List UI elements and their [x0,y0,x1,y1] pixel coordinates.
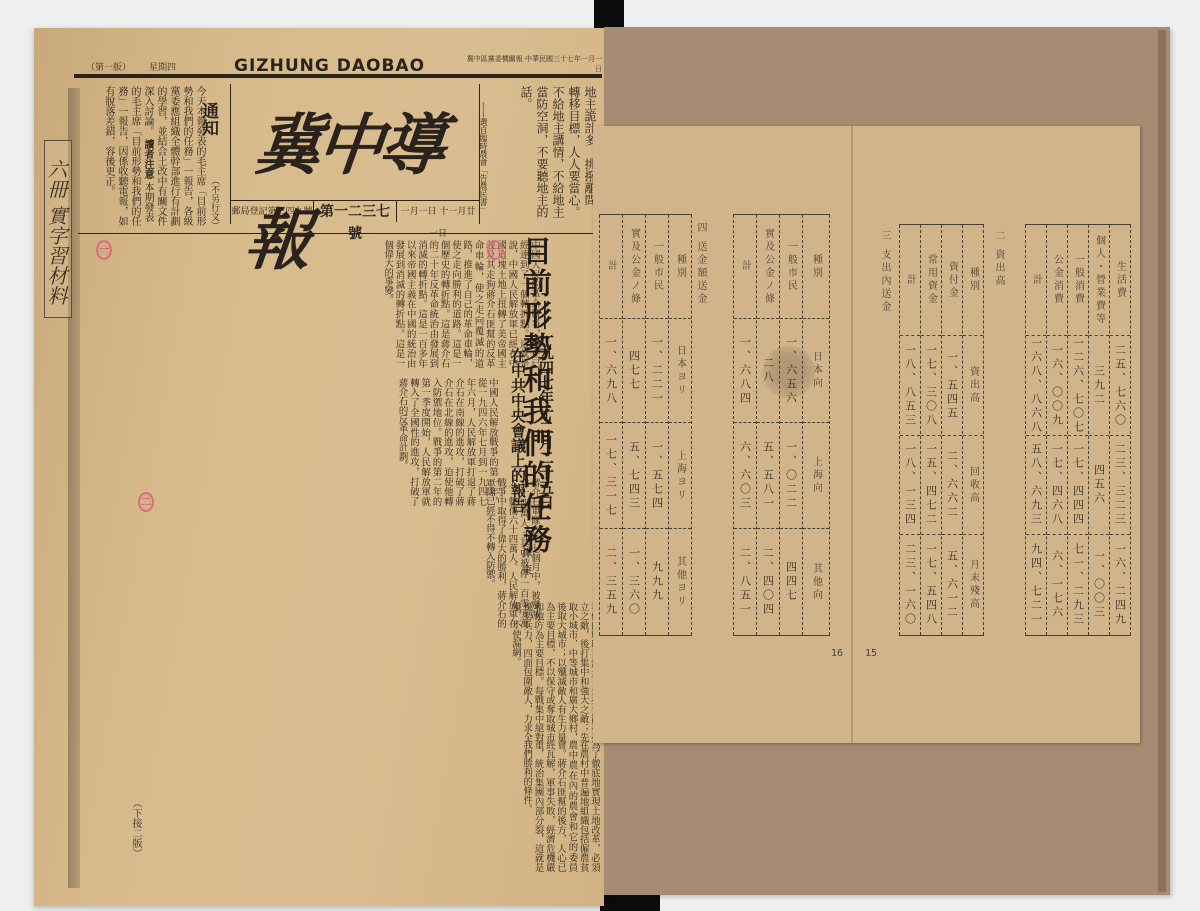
table-cell: 二、八五一 [734,529,756,635]
article-body-1: 中國人民的革命戰爭，現在已經達到了一個轉折點。這就是說，中國人民解放軍已經在中國… [80,240,540,368]
table-cell: 四七七 [623,319,645,423]
table-cell: 一七、三一七 [600,423,622,529]
table-cell: 五八、六九三 [1026,436,1046,536]
table-cell: 一、〇〇三 [1089,535,1109,635]
table-15a: 生活費 二五、七六〇 二三、三二三 一六、二四九 個人・營業費等 三九二 四五六… [1025,224,1131,636]
table-cell: 二三、三二三 [1110,436,1130,536]
mid-rule [78,233,602,234]
table-cell: 一六、〇〇九 [1047,336,1067,436]
table-cell: 六、一七六 [1047,535,1067,635]
table-cell: 三九二 [1089,336,1109,436]
row-label: 上海向 [803,423,829,529]
header-cell: 種別 [803,215,829,319]
binder-strip-top [594,0,624,30]
table-15a-col-2: 一般消費 一二六、七〇七 一七、四四四 七一、二九三 [1067,225,1088,635]
header-cell: 計 [900,225,920,336]
top-rule [74,74,602,78]
issue-date: 一月一日 十一月廿一日 [397,201,479,222]
masthead-box: 冀中導報 郵局登記第三四九號 第一二三七號 一月一日 十一月廿一日 [230,84,480,224]
table-cell: 一七、五四八 [921,535,941,635]
table-15b-col-total: 計 一八、八五三 一八、一三四 二三、一六〇 [899,225,920,635]
header-cell: 資付金 [942,225,962,336]
table-cell: 五、六一二 [942,535,962,635]
table-cell: 一七、四六八 [1047,436,1067,536]
section-mark-2: 一 [487,240,503,260]
table-cell: 一二六、七〇七 [1068,336,1088,436]
article-author: 毛澤東 [518,530,534,581]
table-16b-col-public: 實及公金ノ條 四七七 五、七四三 一、三六〇 [622,215,645,635]
table-16a-col-citizens: 一般市民 一、六五六 一、〇二二 四四七 [779,215,802,635]
table-15b: 種別 資出高 回收高 月末殘高 資付金 一、五四五 二、六六二 五、六一二 常用… [899,224,984,636]
table-16b-caption: 四 送金額送金 [693,222,708,306]
header-cell: 生活費 [1110,225,1130,336]
issue-line: 郵局登記第三四九號 第一二三七號 一月一日 十一月廿一日 [231,200,479,222]
row-label: 其他ヨリ [669,529,691,635]
header-cell: 實及公金ノ條 [623,215,645,319]
table-16a-col-public: 實及公金ノ條 二八 五、五八一 二、四〇四 [756,215,779,635]
table-cell: 二三、一六〇 [900,535,920,635]
table-cell: 九九九 [646,529,668,635]
header-cell: 計 [734,215,756,319]
table-cell: 二、四〇四 [757,529,779,635]
publisher-info: 冀中區黨委機關報 中華民國三十七年一月一日 [466,54,602,74]
table-cell: 一、六九八 [600,319,622,423]
row-label: 資出高 [963,336,983,436]
table-cell: 一、二二一 [646,319,668,423]
table-cell: 一七、四四四 [1068,436,1088,536]
table-cell: 一五、四七二 [921,436,941,536]
table-16a: 種別 日本向 上海向 其他向 一般市民 一、六五六 一、〇二二 四四七 實及公金… [733,214,830,636]
table-cell: 四四七 [780,529,802,635]
article-body-4: 我們的戰略方針是：先打分散和孤立之敵，後打集中和強大之敵；先取小城市、中等城市和… [80,602,600,742]
table-cell: 一、〇二二 [780,423,802,529]
table-15a-col-3: 公金消費 一六、〇〇九 一七、四六八 六、一七六 [1046,225,1067,635]
table-15b-col-loans: 資付金 一、五四五 二、六六二 五、六一二 [941,225,962,635]
row-label: 其他向 [803,529,829,635]
table-15b-caption: 三 支出內送金 [877,230,892,314]
board-edge [1158,30,1166,892]
table-cell: 二八 [757,319,779,423]
header-cell: 一般市民 [780,215,802,319]
table-cell: 九四、七二一 [1026,535,1046,635]
section-mark-1: 一 [96,240,112,260]
table-cell: 一、六八四 [734,319,756,423]
table-15a-caption: 二 資出高 [991,230,1006,288]
table-cell: 一、六五六 [780,319,802,423]
table-cell: 五、五八一 [757,423,779,529]
day-label: 星期四 [149,60,176,73]
header-cell: 種別 [669,215,691,319]
notice-body: 今天本報發表的毛主席「目前形勢和我們的任務」一報告，各級黨委應組織全體幹部進行有… [86,86,206,226]
table-cell: 四五六 [1089,436,1109,536]
pasted-booklet: 種別 日本向 上海向 其他向 一般市民 一、六五六 一、〇二二 四四七 實及公金… [593,126,1140,743]
table-cell: 一、五四五 [942,336,962,436]
header-cell: 實及公金ノ條 [757,215,779,319]
table-cell: 二、三五九 [600,529,622,635]
table-15b-col-funds: 常用資金 一七、三〇八 一五、四七二 一七、五四八 [920,225,941,635]
table-16b-col-citizens: 一般市民 一、二二一 一、五七四 九九九 [645,215,668,635]
continued-note: （下接二版） [128,798,143,858]
booklet-fold [851,126,853,743]
row-label: 日本ヨリ [669,319,691,423]
table-cell: 一六八、八六八 [1026,336,1046,436]
notice-subtitle: （不另行文） [208,176,221,230]
header-cell: 一般消費 [1068,225,1088,336]
table-cell: 七一、二九三 [1068,535,1088,635]
table-cell: 一七、三〇八 [921,336,941,436]
header-cell: 個人・營業費等 [1089,225,1109,336]
table-cell: 二五、七六〇 [1110,336,1130,436]
table-cell: 一八、八五三 [900,336,920,436]
article-venue: 在中共中央會議上的報告 [508,348,529,513]
row-label: 回收高 [963,436,983,536]
table-15b-col-type: 種別 資出高 回收高 月末殘高 [962,225,984,635]
registration: 郵局登記第三四九號 [231,201,314,222]
page-number-15: 15 [865,648,877,659]
table-cell: 五、七四三 [623,423,645,529]
table-16a-col-total: 計 一、六八四 六、六〇三 二、八五一 [733,215,756,635]
table-16b-col-total: 計 一、六九八 一七、三一七 二、三五九 [599,215,622,635]
table-16b-col-type: 種別 日本ヨリ 上海ヨリ 其他ヨリ [668,215,692,635]
table-16b: 種別 日本ヨリ 上海ヨリ 其他ヨリ 一般市民 一、二二一 一、五七四 九九九 實… [599,214,692,636]
issue-number: 第一二三七號 [314,201,397,222]
row-label: 上海ヨリ [669,423,691,529]
header-cell: 計 [600,215,622,319]
header-cell: 計 [1026,225,1046,336]
table-cell: 一八、一三四 [900,436,920,536]
header-cell: 一般市民 [646,215,668,319]
table-15a-col-4: 計 一六八、八六八 五八、六九三 九四、七二一 [1025,225,1046,635]
section-mark-3: 二 [138,492,154,512]
table-15a-col-1: 個人・營業費等 三九二 四五六 一、〇〇三 [1088,225,1109,635]
article-date: ——一九四七年十二月二十五日 [536,300,557,510]
masthead-romanized: GIZHUNG DAOBAO [234,56,425,76]
header-cell: 種別 [963,225,983,336]
edition-label: （第一版） [86,60,131,73]
handwritten-label: 六冊 實字習材料 [44,140,72,318]
row-label: 月末殘高 [963,535,983,635]
page-number-16: 16 [831,648,843,659]
header-cell: 公金消費 [1047,225,1067,336]
table-16a-col-type: 種別 日本向 上海向 其他向 [802,215,830,635]
table-cell: 六、六〇三 [734,423,756,529]
table-cell: 二、六六二 [942,436,962,536]
row-label: 日本向 [803,319,829,423]
table-cell: 一、五七四 [646,423,668,529]
article-body-5: 為了徹底地實現土地改革，必須在農村中普遍地組織包括僱農貧農中農在內的農會和它的委… [134,740,600,872]
header-cell: 常用資金 [921,225,941,336]
notice-title: 通知 [196,102,221,136]
table-cell: 一六、二四九 [1110,535,1130,635]
reader-note-title: 讀者注意 [142,139,153,179]
table-cell: 一、三六〇 [623,529,645,635]
slogan-text: 地主詭計多，挑撥離間，轉移目標，人人要當心。不給地主講情，不給地主當防空洞，不要… [488,86,598,226]
header-box: 今天本報發表的毛主席「目前形勢和我們的任務」一報告，各級黨委應組織全體幹部進行有… [78,82,602,232]
table-15a-col-0: 生活費 二五、七六〇 二三、三二三 一六、二四九 [1109,225,1131,635]
